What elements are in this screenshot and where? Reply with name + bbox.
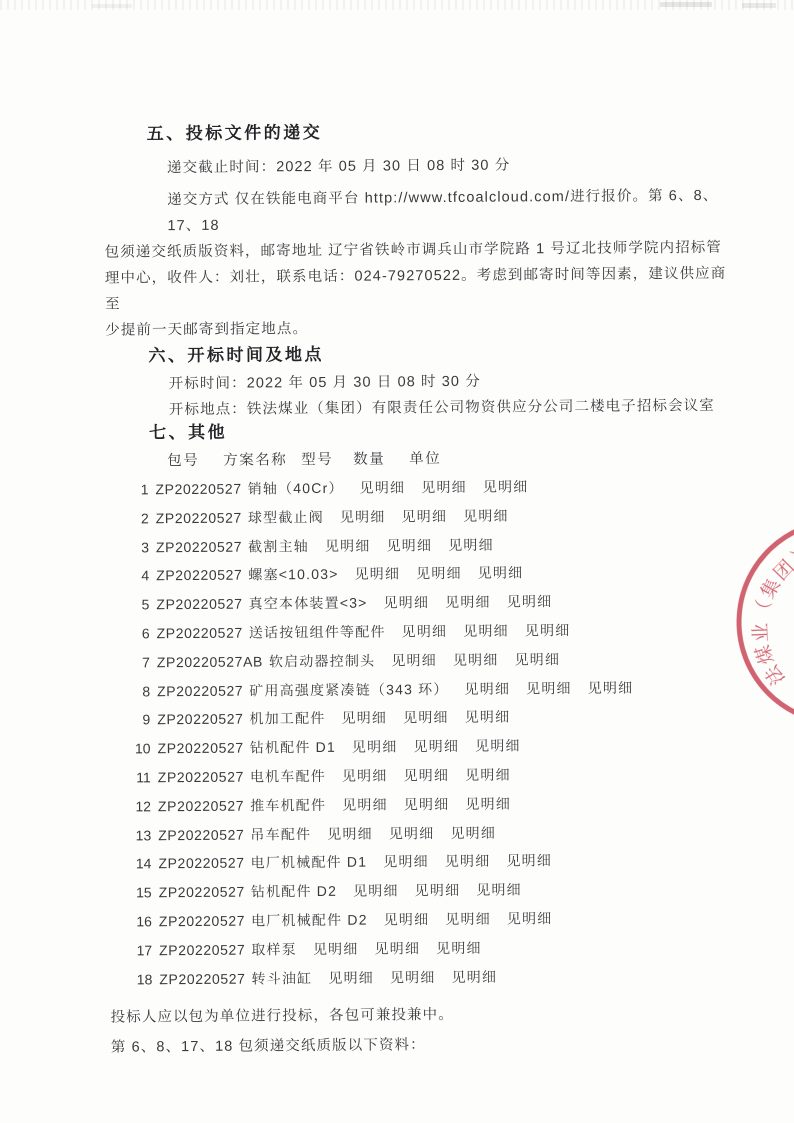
row-model-value: 见明细 bbox=[360, 479, 406, 495]
row-item-name: 取样泵 bbox=[251, 941, 297, 957]
row-item-name: 转斗油缸 bbox=[251, 970, 312, 986]
row-item-name: 软启动器控制头 bbox=[269, 652, 376, 669]
row-unit-value: 见明细 bbox=[525, 622, 571, 638]
row-unit-value: 见明细 bbox=[588, 679, 634, 695]
row-package-number: 18 bbox=[110, 965, 152, 994]
row-item-name: 球型截止阀 bbox=[248, 509, 324, 526]
row-plan-code: ZP20220527AB bbox=[157, 653, 263, 670]
row-quantity-value: 见明细 bbox=[403, 709, 449, 725]
row-item-name: 真空本体装置<3> bbox=[249, 595, 368, 612]
paragraph-line: 理中心，收件人：刘壮，联系电话：024-79270522。考虑到邮寄时间等因素，… bbox=[105, 261, 734, 318]
row-plan-code: ZP20220527 bbox=[158, 769, 244, 786]
row-quantity-value: 见明细 bbox=[374, 940, 420, 956]
row-plan-code: ZP20220527 bbox=[157, 682, 243, 699]
row-model-value: 见明细 bbox=[464, 680, 510, 696]
row-item-name: 吊车配件 bbox=[250, 826, 311, 842]
row-model-value: 见明细 bbox=[342, 796, 388, 812]
row-unit-value: 见明细 bbox=[514, 651, 560, 667]
row-item-name: 机加工配件 bbox=[249, 710, 325, 727]
package-table-rows: 1ZP20220527销轴（40Cr）见明细见明细见明细2ZP20220527球… bbox=[106, 471, 739, 994]
row-package-number: 13 bbox=[109, 821, 151, 850]
row-unit-value: 见明细 bbox=[448, 536, 494, 552]
row-unit-value: 见明细 bbox=[475, 738, 521, 754]
row-item-name: 送话按钮组件等配件 bbox=[249, 623, 386, 640]
row-package-number: 16 bbox=[110, 907, 152, 936]
row-item-name: 电厂机械配件 D2 bbox=[251, 912, 368, 929]
row-quantity-value: 见明细 bbox=[404, 796, 450, 812]
delivery-deadline-line: 递交截止时间：2022 年 05 月 30 日 08 时 30 分 bbox=[167, 151, 733, 181]
row-model-value: 见明细 bbox=[341, 710, 387, 726]
column-header-unit: 单位 bbox=[409, 447, 441, 468]
row-unit-value: 见明细 bbox=[476, 882, 522, 898]
row-quantity-value: 见明细 bbox=[401, 508, 447, 524]
table-row: 18ZP20220527转斗油缸见明细见明细见明细 bbox=[110, 960, 739, 994]
row-package-number: 12 bbox=[109, 792, 151, 821]
section-heading-opening: 六、开标时间及地点 bbox=[148, 339, 734, 370]
row-quantity-value: 见明细 bbox=[463, 622, 509, 638]
column-header-model: 型号 bbox=[301, 448, 333, 469]
row-plan-code: ZP20220527 bbox=[159, 970, 245, 987]
row-model-value: 见明细 bbox=[340, 508, 386, 524]
row-quantity-value: 见明细 bbox=[445, 911, 491, 927]
row-model-value: 见明细 bbox=[328, 969, 374, 985]
package-table-header: 包号 方案名称 型号 数量 单位 bbox=[106, 443, 735, 476]
row-item-name: 电厂机械配件 D1 bbox=[251, 854, 368, 871]
row-item-name: 电机车配件 bbox=[250, 768, 326, 785]
row-unit-value: 见明细 bbox=[507, 910, 553, 926]
row-package-number: 10 bbox=[108, 734, 150, 763]
row-quantity-value: 见明细 bbox=[403, 767, 449, 783]
row-quantity-value: 见明细 bbox=[453, 651, 499, 667]
row-model-value: 见明细 bbox=[313, 940, 359, 956]
row-package-number: 4 bbox=[107, 562, 149, 591]
row-quantity-value: 见明细 bbox=[389, 825, 435, 841]
section-heading-delivery: 五、投标文件的递交 bbox=[147, 117, 733, 148]
row-model-value: 见明细 bbox=[352, 739, 398, 755]
row-unit-value: 见明细 bbox=[465, 709, 511, 725]
row-unit-value: 见明细 bbox=[463, 507, 509, 523]
row-item-name: 钻机配件 D2 bbox=[251, 883, 337, 900]
row-item-name: 截割主轴 bbox=[248, 538, 309, 554]
row-plan-code: ZP20220527 bbox=[157, 711, 243, 728]
row-package-number: 3 bbox=[107, 533, 149, 562]
row-plan-code: ZP20220527 bbox=[159, 941, 245, 958]
row-plan-code: ZP20220527 bbox=[158, 797, 244, 814]
row-package-number: 9 bbox=[108, 706, 150, 735]
row-item-name: 推车机配件 bbox=[250, 797, 326, 814]
row-package-number: 7 bbox=[108, 648, 150, 677]
row-unit-value: 见明细 bbox=[436, 939, 482, 955]
row-package-number: 14 bbox=[109, 850, 151, 879]
row-quantity-value: 见明细 bbox=[390, 969, 436, 985]
row-plan-code: ZP20220527 bbox=[156, 596, 242, 613]
row-unit-value: 见明细 bbox=[483, 478, 529, 494]
row-plan-code: ZP20220527 bbox=[156, 538, 242, 555]
row-item-name: 螺塞<10.03> bbox=[248, 566, 338, 583]
row-item-name: 钻机配件 D1 bbox=[250, 739, 336, 756]
row-quantity-value: 见明细 bbox=[416, 565, 462, 581]
row-unit-value: 见明细 bbox=[507, 593, 553, 609]
row-quantity-value: 见明细 bbox=[421, 479, 467, 495]
row-plan-code: ZP20220527 bbox=[157, 740, 243, 757]
column-header-package-no: 包号 bbox=[167, 449, 199, 470]
row-model-value: 见明细 bbox=[391, 652, 437, 668]
row-model-value: 见明细 bbox=[342, 767, 388, 783]
row-quantity-value: 见明细 bbox=[386, 537, 432, 553]
row-package-number: 8 bbox=[108, 677, 150, 706]
scanned-tender-document-page: 五、投标文件的递交 递交截止时间：2022 年 05 月 30 日 08 时 3… bbox=[0, 0, 794, 1123]
row-model-value: 见明细 bbox=[327, 825, 373, 841]
delivery-method-paragraph: 递交方式 仅在铁能电商平台 http://www.tfcoalcloud.com… bbox=[104, 183, 734, 344]
column-header-plan-name: 方案名称 bbox=[223, 448, 287, 470]
paragraph-line: 递交方式 仅在铁能电商平台 http://www.tfcoalcloud.com… bbox=[167, 183, 733, 239]
row-quantity-value: 见明细 bbox=[415, 882, 461, 898]
row-model-value: 见明细 bbox=[384, 911, 430, 927]
row-model-value: 见明细 bbox=[383, 853, 429, 869]
row-plan-code: ZP20220527 bbox=[159, 913, 245, 930]
row-item-name: 销轴（40Cr） bbox=[248, 480, 344, 497]
document-body: 五、投标文件的递交 递交截止时间：2022 年 05 月 30 日 08 时 3… bbox=[0, 0, 794, 1062]
row-quantity-value: 见明细 bbox=[445, 853, 491, 869]
row-plan-code: ZP20220527 bbox=[156, 567, 242, 584]
row-unit-value: 见明细 bbox=[465, 766, 511, 782]
row-unit-value: 见明细 bbox=[478, 565, 524, 581]
bidding-note-line: 投标人应以包为单位进行投标，各包可兼投兼中。 bbox=[111, 1000, 740, 1031]
row-unit-value: 见明细 bbox=[450, 824, 496, 840]
row-unit-value: 见明细 bbox=[451, 968, 497, 984]
row-model-value: 见明细 bbox=[402, 623, 448, 639]
row-quantity-value: 见明细 bbox=[526, 680, 572, 696]
column-header-quantity: 数量 bbox=[353, 447, 385, 468]
row-plan-code: ZP20220527 bbox=[159, 884, 245, 901]
paper-copy-note-line: 第 6、8、17、18 包须递交纸质版以下资料： bbox=[111, 1030, 740, 1061]
row-item-name: 矿用高强度紧凑链（343 环） bbox=[249, 681, 448, 699]
row-model-value: 见明细 bbox=[354, 566, 400, 582]
row-quantity-value: 见明细 bbox=[445, 594, 491, 610]
row-package-number: 11 bbox=[109, 763, 151, 792]
row-model-value: 见明细 bbox=[325, 537, 371, 553]
row-plan-code: ZP20220527 bbox=[157, 625, 243, 642]
opening-place-line: 开标地点：铁法煤业（集团）有限责任公司物资供应分公司二楼电子招标会议室 bbox=[169, 393, 735, 423]
row-package-number: 5 bbox=[107, 590, 149, 619]
row-unit-value: 见明细 bbox=[465, 795, 511, 811]
row-package-number: 6 bbox=[108, 619, 150, 648]
row-package-number: 15 bbox=[110, 878, 152, 907]
row-model-value: 见明细 bbox=[383, 594, 429, 610]
row-package-number: 1 bbox=[106, 475, 148, 504]
row-package-number: 17 bbox=[110, 936, 152, 965]
row-plan-code: ZP20220527 bbox=[155, 481, 241, 498]
row-quantity-value: 见明细 bbox=[413, 738, 459, 754]
row-package-number: 2 bbox=[107, 504, 149, 533]
row-unit-value: 见明细 bbox=[506, 853, 552, 869]
row-plan-code: ZP20220527 bbox=[158, 826, 244, 843]
row-plan-code: ZP20220527 bbox=[158, 855, 244, 872]
row-plan-code: ZP20220527 bbox=[156, 509, 242, 526]
row-model-value: 见明细 bbox=[353, 883, 399, 899]
